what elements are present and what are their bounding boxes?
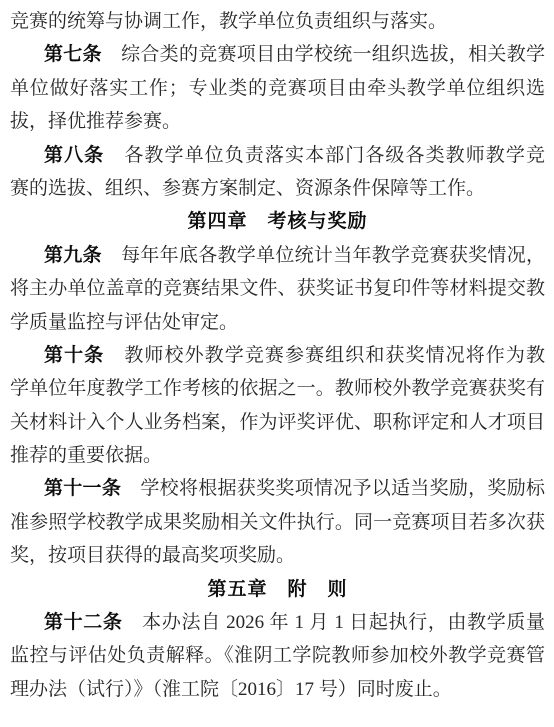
text-line: 第七条 综合类的竞赛项目由学校统一组织选拔，相关教学 (10, 38, 545, 71)
article-number-label: 第十一条 (44, 478, 121, 499)
article-number-label: 第七条 (44, 44, 102, 65)
chapter-heading: 第四章 考核与奖励 (10, 205, 545, 238)
article-number-label: 第十二条 (44, 612, 123, 633)
text-line: 奖，按项目获得的最高奖项奖励。 (10, 539, 545, 572)
body-text: 每年年底各教学单位统计当年教学竞赛获奖情况， (102, 245, 545, 266)
body-text: 关材料计入个人业务档案，作为评奖评优、职称评定和人才项目 (10, 412, 545, 433)
text-line: 竞赛的统筹与协调工作，教学单位负责组织与落实。 (10, 5, 545, 38)
body-text: 监控与评估处负责解释。《淮阴工学院教师参加校外教学竞赛管 (10, 645, 545, 666)
text-line: 监控与评估处负责解释。《淮阴工学院教师参加校外教学竞赛管 (10, 639, 545, 672)
text-line: 第九条 每年年底各教学单位统计当年教学竞赛获奖情况， (10, 239, 545, 272)
text-line: 赛的选拔、组织、参赛方案制定、资源条件保障等工作。 (10, 172, 545, 205)
text-line: 第八条 各教学单位负责落实本部门各级各类教师教学竞 (10, 139, 545, 172)
body-text: 奖，按项目获得的最高奖项奖励。 (10, 545, 295, 566)
text-line: 第十二条 本办法自 2026 年 1 月 1 日起执行，由教学质量 (10, 606, 545, 639)
body-text: 学质量监控与评估处审定。 (10, 312, 238, 333)
document-body: 竞赛的统筹与协调工作，教学单位负责组织与落实。第七条 综合类的竞赛项目由学校统一… (10, 5, 545, 706)
chapter-heading-text: 第五章 附 则 (207, 579, 347, 600)
body-text: 竞赛的统筹与协调工作，教学单位负责组织与落实。 (10, 11, 447, 32)
article-number-label: 第九条 (44, 245, 102, 266)
text-line: 第十一条 学校将根据获奖奖项情况予以适当奖励，奖励标 (10, 472, 545, 505)
text-line: 推荐的重要依据。 (10, 439, 545, 472)
body-text: 赛的选拔、组织、参赛方案制定、资源条件保障等工作。 (10, 178, 485, 199)
text-line: 学质量监控与评估处审定。 (10, 306, 545, 339)
body-text: 推荐的重要依据。 (10, 445, 162, 466)
body-text: 各教学单位负责落实本部门各级各类教师教学竞 (104, 145, 545, 166)
text-line: 关材料计入个人业务档案，作为评奖评优、职称评定和人才项目 (10, 406, 545, 439)
text-line: 理办法（试行）》（淮工院〔2016〕17 号）同时废止。 (10, 673, 545, 706)
text-line: 将主办单位盖章的竞赛结果文件、获奖证书复印件等材料提交教 (10, 272, 545, 305)
body-text: 准参照学校教学成果奖励相关文件执行。同一竞赛项目若多次获 (10, 512, 545, 533)
chapter-heading: 第五章 附 则 (10, 573, 545, 606)
body-text: 教师校外教学竞赛参赛组织和获奖情况将作为教 (104, 345, 545, 366)
text-line: 准参照学校教学成果奖励相关文件执行。同一竞赛项目若多次获 (10, 506, 545, 539)
body-text: 理办法（试行）》（淮工院〔2016〕17 号）同时废止。 (10, 679, 452, 700)
body-text: 综合类的竞赛项目由学校统一组织选拔，相关教学 (102, 44, 545, 65)
body-text: 拔，择优推荐参赛。 (10, 111, 181, 132)
article-number-label: 第八条 (44, 145, 104, 166)
text-line: 第十条 教师校外教学竞赛参赛组织和获奖情况将作为教 (10, 339, 545, 372)
text-line: 拔，择优推荐参赛。 (10, 105, 545, 138)
body-text: 学校将根据获奖奖项情况予以适当奖励，奖励标 (121, 478, 545, 499)
document-page: 竞赛的统筹与协调工作，教学单位负责组织与落实。第七条 综合类的竞赛项目由学校统一… (0, 0, 554, 727)
body-text: 单位做好落实工作；专业类的竞赛项目由牵头教学单位组织选 (10, 78, 545, 99)
text-line: 学单位年度教学工作考核的依据之一。教师校外教学竞赛获奖有 (10, 372, 545, 405)
body-text: 本办法自 2026 年 1 月 1 日起执行，由教学质量 (123, 612, 545, 633)
chapter-heading-text: 第四章 考核与奖励 (187, 211, 367, 232)
body-text: 学单位年度教学工作考核的依据之一。教师校外教学竞赛获奖有 (10, 378, 545, 399)
text-line: 单位做好落实工作；专业类的竞赛项目由牵头教学单位组织选 (10, 72, 545, 105)
article-number-label: 第十条 (44, 345, 104, 366)
body-text: 将主办单位盖章的竞赛结果文件、获奖证书复印件等材料提交教 (10, 278, 545, 299)
